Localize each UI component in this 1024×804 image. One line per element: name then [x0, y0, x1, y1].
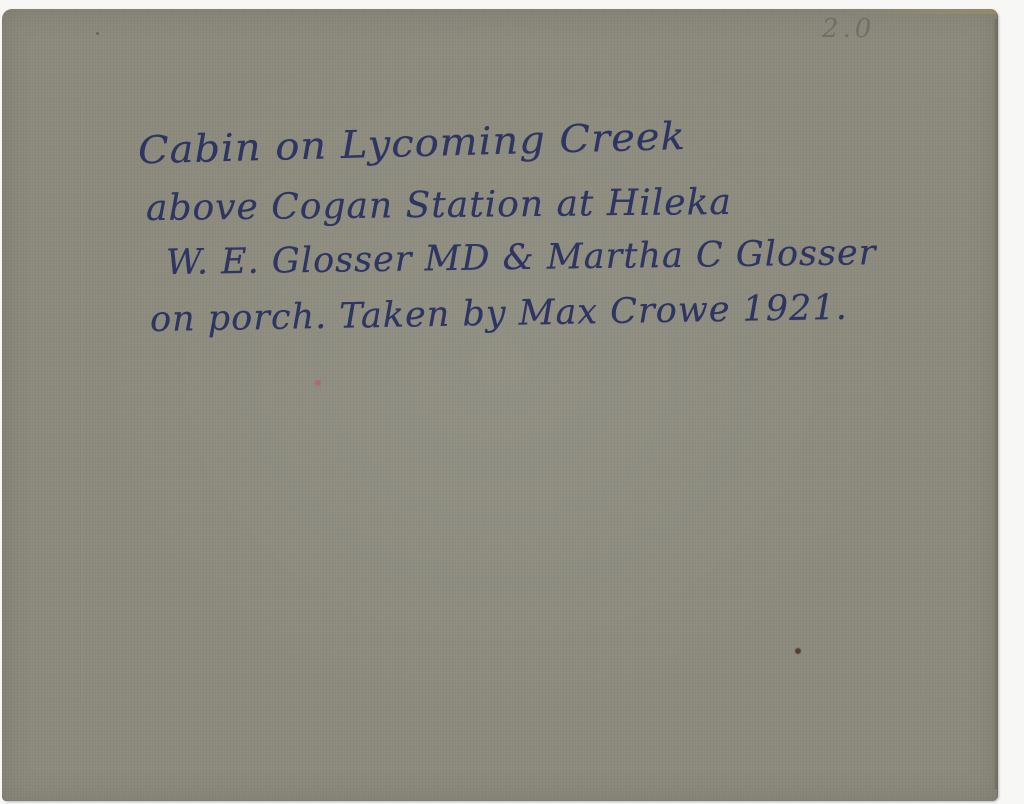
dust-speck	[96, 32, 99, 35]
inscription-line-4: on porch. Taken by Max Crowe 1921.	[150, 288, 848, 340]
inscription-line-1: Cabin on Lycoming Creek	[137, 115, 686, 173]
brown-stain-speck	[795, 648, 801, 654]
inscription-line-3: W. E. Glosser MD & Martha C Glosser	[166, 233, 877, 283]
inscription-line-2: above Cogan Station at Hileka	[146, 182, 732, 229]
pink-ink-speck	[315, 380, 321, 386]
handwritten-inscription: Cabin on Lycoming Creek above Cogan Stat…	[0, 0, 1024, 804]
